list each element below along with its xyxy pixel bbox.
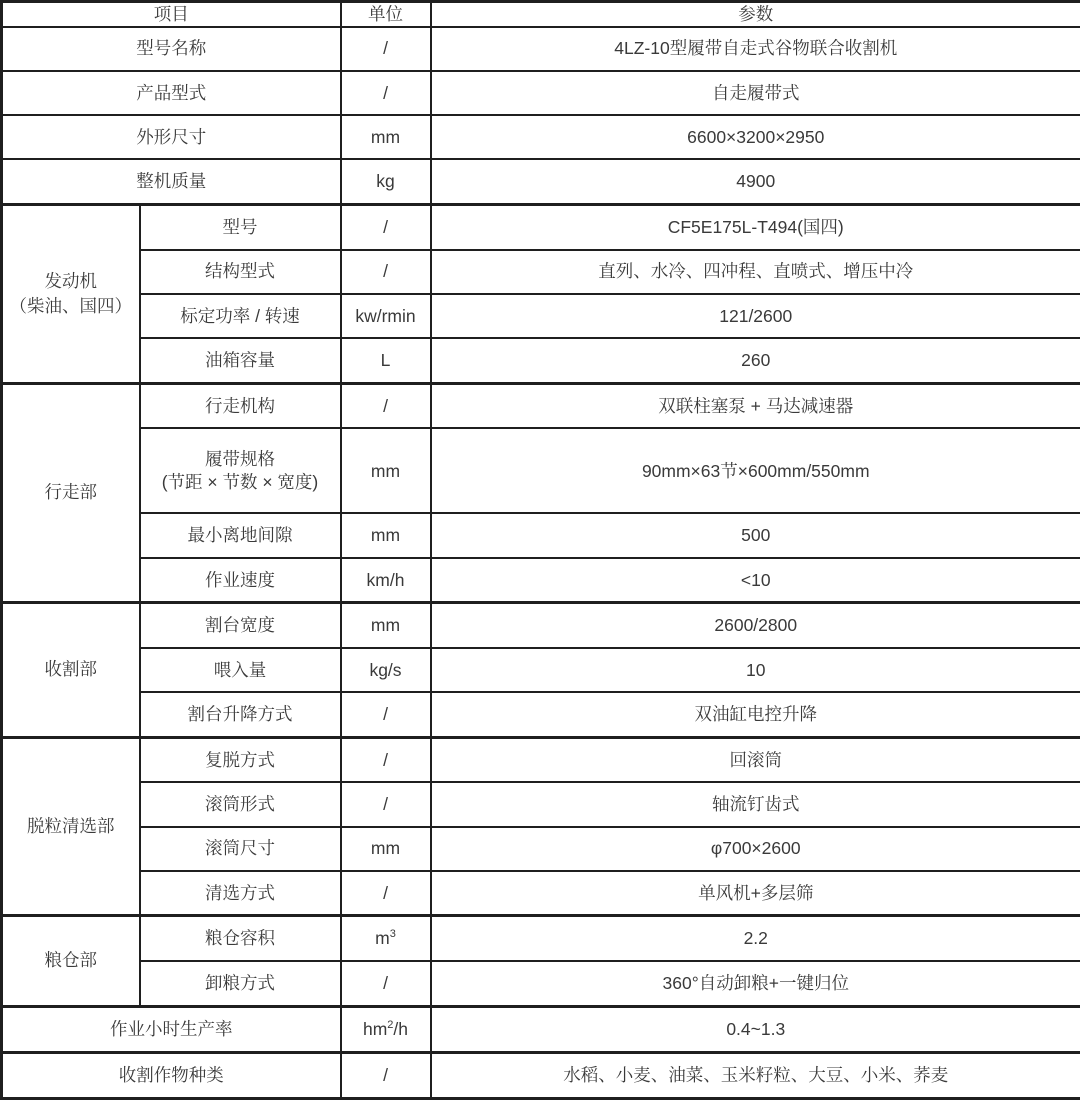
group-cell-harvesting-unit: 收割部 <box>2 603 140 737</box>
table-row: 作业小时生产率hm2/h0.4~1.3 <box>2 1006 1080 1052</box>
item-cell: 割台宽度 <box>140 603 341 648</box>
param-cell: 2.2 <box>431 916 1080 961</box>
unit-cell: / <box>341 1052 431 1098</box>
param-cell: 360°自动卸粮+一键归位 <box>431 961 1080 1006</box>
table-body: 型号名称/4LZ-10型履带自走式谷物联合收割机产品型式/自走履带式外形尺寸mm… <box>2 27 1080 1099</box>
table-row: 履带规格(节距 × 节数 × 宽度)mm90mm×63节×600mm/550mm <box>2 428 1080 513</box>
unit-cell: / <box>341 737 431 782</box>
item-cell: 卸粮方式 <box>140 961 341 1006</box>
param-cell: <10 <box>431 558 1080 603</box>
table-row: 油箱容量L260 <box>2 338 1080 383</box>
param-cell: 回滚筒 <box>431 737 1080 782</box>
table-row: 产品型式/自走履带式 <box>2 71 1080 115</box>
item-cell: 产品型式 <box>2 71 341 115</box>
param-cell: 双联柱塞泵 + 马达减速器 <box>431 383 1080 428</box>
unit-cell: m3 <box>341 916 431 961</box>
item-cell: 粮仓容积 <box>140 916 341 961</box>
item-cell: 最小离地间隙 <box>140 513 341 557</box>
param-cell: 0.4~1.3 <box>431 1006 1080 1052</box>
table-row: 滚筒形式/轴流钉齿式 <box>2 782 1080 826</box>
unit-cell: kg/s <box>341 648 431 692</box>
item-cell: 滚筒形式 <box>140 782 341 826</box>
group-cell-engine: 发动机（柴油、国四） <box>2 205 140 384</box>
table-row: 收割作物种类/水稻、小麦、油菜、玉米籽粒、大豆、小米、荞麦 <box>2 1052 1080 1098</box>
param-cell: 直列、水冷、四冲程、直喷式、增压中冷 <box>431 250 1080 294</box>
item-cell: 作业速度 <box>140 558 341 603</box>
item-cell: 型号名称 <box>2 27 341 71</box>
unit-cell: kg <box>341 159 431 204</box>
item-cell: 标定功率 / 转速 <box>140 294 341 338</box>
unit-cell: / <box>341 871 431 916</box>
item-cell: 作业小时生产率 <box>2 1006 341 1052</box>
item-cell: 清选方式 <box>140 871 341 916</box>
table-row: 粮仓部粮仓容积m32.2 <box>2 916 1080 961</box>
table-row: 结构型式/直列、水冷、四冲程、直喷式、增压中冷 <box>2 250 1080 294</box>
group-cell-grain-tank-unit: 粮仓部 <box>2 916 140 1006</box>
param-cell: 自走履带式 <box>431 71 1080 115</box>
table-row: 标定功率 / 转速kw/rmin121/2600 <box>2 294 1080 338</box>
param-cell: 4LZ-10型履带自走式谷物联合收割机 <box>431 27 1080 71</box>
unit-cell: km/h <box>341 558 431 603</box>
unit-cell: hm2/h <box>341 1006 431 1052</box>
unit-cell: / <box>341 27 431 71</box>
unit-cell: / <box>341 250 431 294</box>
item-cell: 行走机构 <box>140 383 341 428</box>
item-cell: 收割作物种类 <box>2 1052 341 1098</box>
table-row: 发动机（柴油、国四）型号/CF5E175L-T494(国四) <box>2 205 1080 250</box>
table-row: 型号名称/4LZ-10型履带自走式谷物联合收割机 <box>2 27 1080 71</box>
item-cell: 结构型式 <box>140 250 341 294</box>
unit-cell: / <box>341 692 431 737</box>
item-cell: 整机质量 <box>2 159 341 204</box>
unit-cell: / <box>341 71 431 115</box>
item-cell: 外形尺寸 <box>2 115 341 159</box>
table-row: 收割部割台宽度mm2600/2800 <box>2 603 1080 648</box>
param-cell: 500 <box>431 513 1080 557</box>
item-cell: 履带规格(节距 × 节数 × 宽度) <box>140 428 341 513</box>
unit-cell: kw/rmin <box>341 294 431 338</box>
unit-cell: mm <box>341 428 431 513</box>
item-cell: 滚筒尺寸 <box>140 827 341 871</box>
unit-cell: / <box>341 383 431 428</box>
unit-cell: mm <box>341 115 431 159</box>
table-row: 整机质量kg4900 <box>2 159 1080 204</box>
table-row: 喂入量kg/s10 <box>2 648 1080 692</box>
param-cell: 6600×3200×2950 <box>431 115 1080 159</box>
param-cell: 260 <box>431 338 1080 383</box>
unit-cell: mm <box>341 603 431 648</box>
table-header-row: 项目 单位 参数 <box>2 2 1080 27</box>
group-cell-threshing-cleaning-unit: 脱粒清选部 <box>2 737 140 916</box>
param-cell: 4900 <box>431 159 1080 204</box>
unit-cell: mm <box>341 827 431 871</box>
unit-cell: / <box>341 782 431 826</box>
header-param: 参数 <box>431 2 1080 27</box>
param-cell: 121/2600 <box>431 294 1080 338</box>
table-row: 行走部行走机构/双联柱塞泵 + 马达减速器 <box>2 383 1080 428</box>
header-unit: 单位 <box>341 2 431 27</box>
param-cell: 双油缸电控升降 <box>431 692 1080 737</box>
unit-cell: L <box>341 338 431 383</box>
param-cell: 水稻、小麦、油菜、玉米籽粒、大豆、小米、荞麦 <box>431 1052 1080 1098</box>
spec-table: 项目 单位 参数 型号名称/4LZ-10型履带自走式谷物联合收割机产品型式/自走… <box>0 0 1080 1100</box>
param-cell: CF5E175L-T494(国四) <box>431 205 1080 250</box>
unit-cell: / <box>341 205 431 250</box>
unit-cell: mm <box>341 513 431 557</box>
param-cell: 单风机+多层筛 <box>431 871 1080 916</box>
table-row: 脱粒清选部复脱方式/回滚筒 <box>2 737 1080 782</box>
table-row: 滚筒尺寸mmφ700×2600 <box>2 827 1080 871</box>
param-cell: 90mm×63节×600mm/550mm <box>431 428 1080 513</box>
item-cell: 割台升降方式 <box>140 692 341 737</box>
item-cell: 喂入量 <box>140 648 341 692</box>
param-cell: 2600/2800 <box>431 603 1080 648</box>
unit-cell: / <box>341 961 431 1006</box>
item-cell: 油箱容量 <box>140 338 341 383</box>
param-cell: 轴流钉齿式 <box>431 782 1080 826</box>
table-row: 清选方式/单风机+多层筛 <box>2 871 1080 916</box>
group-cell-travel-unit: 行走部 <box>2 383 140 602</box>
table-row: 作业速度km/h<10 <box>2 558 1080 603</box>
table-row: 最小离地间隙mm500 <box>2 513 1080 557</box>
item-cell: 复脱方式 <box>140 737 341 782</box>
param-cell: 10 <box>431 648 1080 692</box>
header-item: 项目 <box>2 2 341 27</box>
item-cell: 型号 <box>140 205 341 250</box>
table-row: 外形尺寸mm6600×3200×2950 <box>2 115 1080 159</box>
table-row: 割台升降方式/双油缸电控升降 <box>2 692 1080 737</box>
table-row: 卸粮方式/360°自动卸粮+一键归位 <box>2 961 1080 1006</box>
param-cell: φ700×2600 <box>431 827 1080 871</box>
